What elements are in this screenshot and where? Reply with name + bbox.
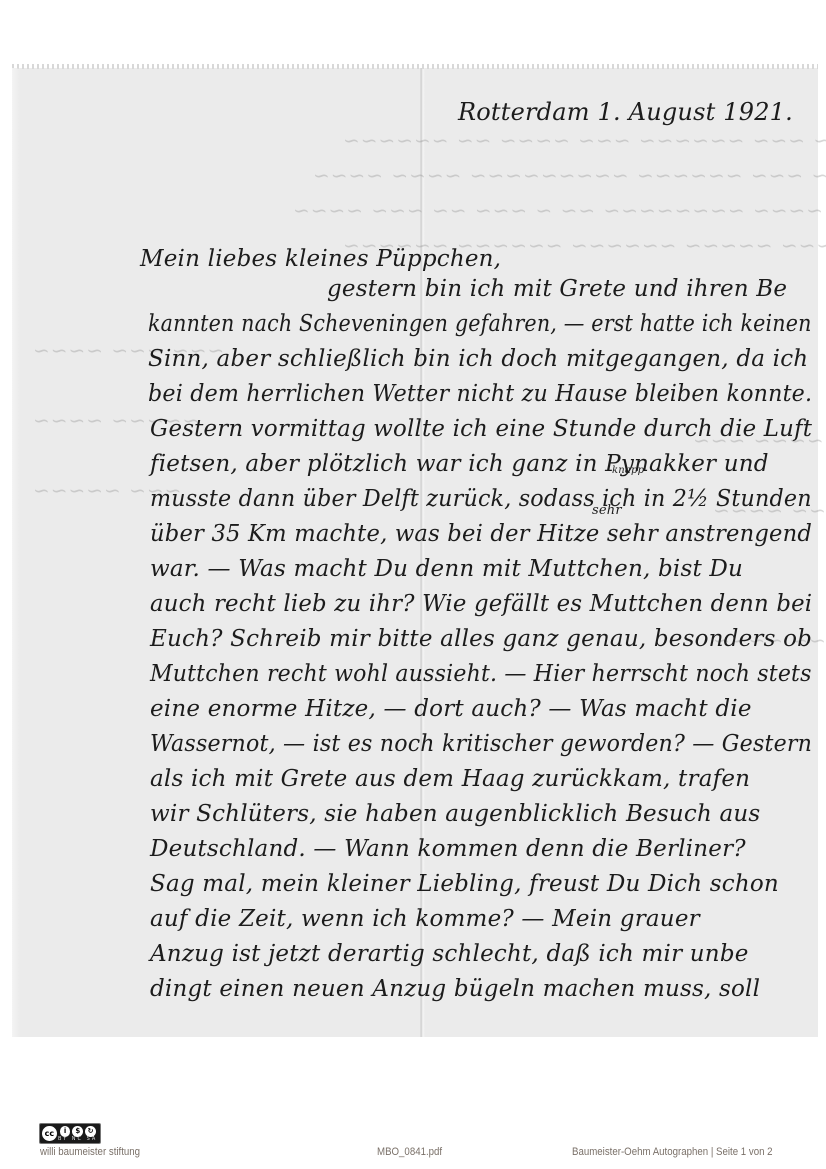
letter-line: Muttchen recht wohl aussieht. — Hier her… [150, 661, 812, 687]
letter-date-line: Rotterdam 1. August 1921. [458, 98, 793, 126]
letter-line: dingt einen neuen Anzug bügeln machen mu… [150, 976, 760, 1002]
bleed-through-text: ~~~ ~~~ ~~~~~~ ~~~~~~~~~ ~~~~ ~~~~ [312, 163, 826, 187]
cc-by-nc-sa-icon: cc i $ ↻ BY NC SA [39, 1123, 101, 1144]
letter-line: Gestern vormittag wollte ich eine Stunde… [150, 416, 812, 442]
footer-filename: MBO_0841.pdf [377, 1146, 442, 1158]
footer-organization: willi baumeister stiftung [40, 1146, 140, 1158]
letter-line: Sag mal, mein kleiner Liebling, freust D… [150, 871, 779, 897]
license-labels: BY NC SA [58, 1136, 97, 1142]
letter-line: Anzug ist jetzt derartig schlecht, daß i… [150, 941, 749, 967]
interlinear-insertion: sehr [592, 503, 622, 518]
letter-line: fietsen, aber plötzlich war ich ganz in … [150, 451, 769, 477]
sa-icon: ↻ [85, 1126, 96, 1137]
letter-line: bei dem herrlichen Wetter nicht zu Hause… [148, 381, 812, 407]
bleed-through-text: ~~~~ ~~~ ~~~~~~ ~~~ ~~~~ ~~ ~~~~~~ [342, 128, 826, 152]
interlinear-insertion: knapp [612, 465, 644, 476]
nc-icon: $ [72, 1126, 83, 1137]
letter-line: Wassernot, — ist es noch kritischer gewo… [150, 731, 812, 757]
letter-line: musste dann über Delft zurück, sodass ic… [150, 486, 812, 512]
letter-line: als ich mit Grete aus dem Haag zurückkam… [150, 766, 750, 792]
letter-scan: ~~~~ ~~~ ~~~~~~ ~~~ ~~~~ ~~ ~~~~~~ ~~~ ~… [12, 68, 818, 1037]
footer-collection-page: Baumeister-Oehm Autographen | Seite 1 vo… [572, 1146, 773, 1158]
paper-edge [12, 68, 20, 1037]
letter-line: eine enorme Hitze, — dort auch? — Was ma… [150, 696, 752, 722]
letter-line: kannten nach Scheveningen gefahren, — er… [148, 311, 812, 337]
letter-salutation: Mein liebes kleines Püppchen, [140, 246, 501, 272]
letter-line: wir Schlüters, sie haben augenblicklich … [150, 801, 760, 827]
bleed-through-text: ~~~~~ ~~~~~~~~ ~~ ~ ~~~ ~~ ~~~ ~~~~ [292, 198, 826, 222]
letter-line: gestern bin ich mit Grete und ihren Be [327, 276, 787, 302]
letter-line: Sinn, aber schließlich bin ich doch mitg… [148, 346, 808, 372]
letter-line: über 35 Km machte, was bei der Hitze seh… [150, 521, 812, 547]
letter-line: auf die Zeit, wenn ich komme? — Mein gra… [150, 906, 700, 932]
cc-icon: cc [42, 1126, 57, 1141]
letter-line: Deutschland. — Wann kommen denn die Berl… [150, 836, 746, 862]
letter-line: Euch? Schreib mir bitte alles ganz genau… [150, 626, 812, 652]
letter-line: auch recht lieb zu ihr? Wie gefällt es M… [150, 591, 812, 617]
by-icon: i [60, 1126, 71, 1137]
letter-line: war. — Was macht Du denn mit Muttchen, b… [150, 556, 743, 582]
